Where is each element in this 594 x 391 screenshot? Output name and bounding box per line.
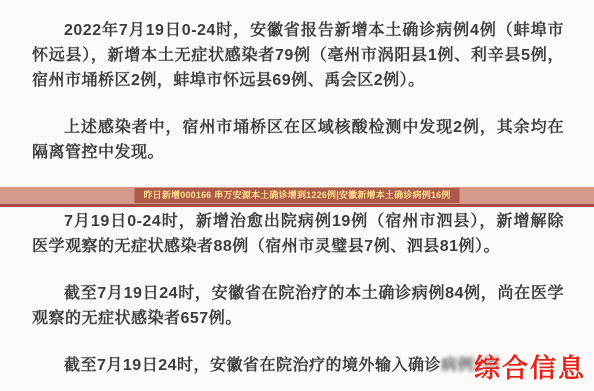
article-paragraph-recovered: 7月19日0-24时，新增治愈出院病例19例（宿州市泗县），新增解除医学观察的无… [32,209,564,259]
article-paragraph-in-hospital: 截至7月19日24时，安徽省在院治疗的本土确诊病例84例，尚在医学观察的无症状感… [32,281,564,331]
headline-banner-band: 昨日新增000166 串万安源本土确诊增到1226例|安徽新增本土确诊病例16例 [0,187,594,207]
category-stamp: 综合信息 [474,348,586,385]
article-content: 2022年7月19日0-24时，安徽省报告新增本土确诊病例4例（蚌埠市怀远县），… [0,0,594,378]
article-paragraph-new-cases: 2022年7月19日0-24时，安徽省报告新增本土确诊病例4例（蚌埠市怀远县），… [32,18,564,93]
headline-banner-title[interactable]: 昨日新增000166 串万安源本土确诊增到1226例|安徽新增本土确诊病例16例 [134,188,459,203]
article-paragraph-detection: 上述感染者中，宿州市埇桥区在区域核酸检测中发现2例，其余均在隔离管控中发现。 [32,115,564,165]
imported-cases-text: 截至7月19日24时，安徽省在院治疗的境外输入确诊 [64,357,441,374]
article-page: 2022年7月19日0-24时，安徽省报告新增本土确诊病例4例（蚌埠市怀远县），… [0,0,594,391]
